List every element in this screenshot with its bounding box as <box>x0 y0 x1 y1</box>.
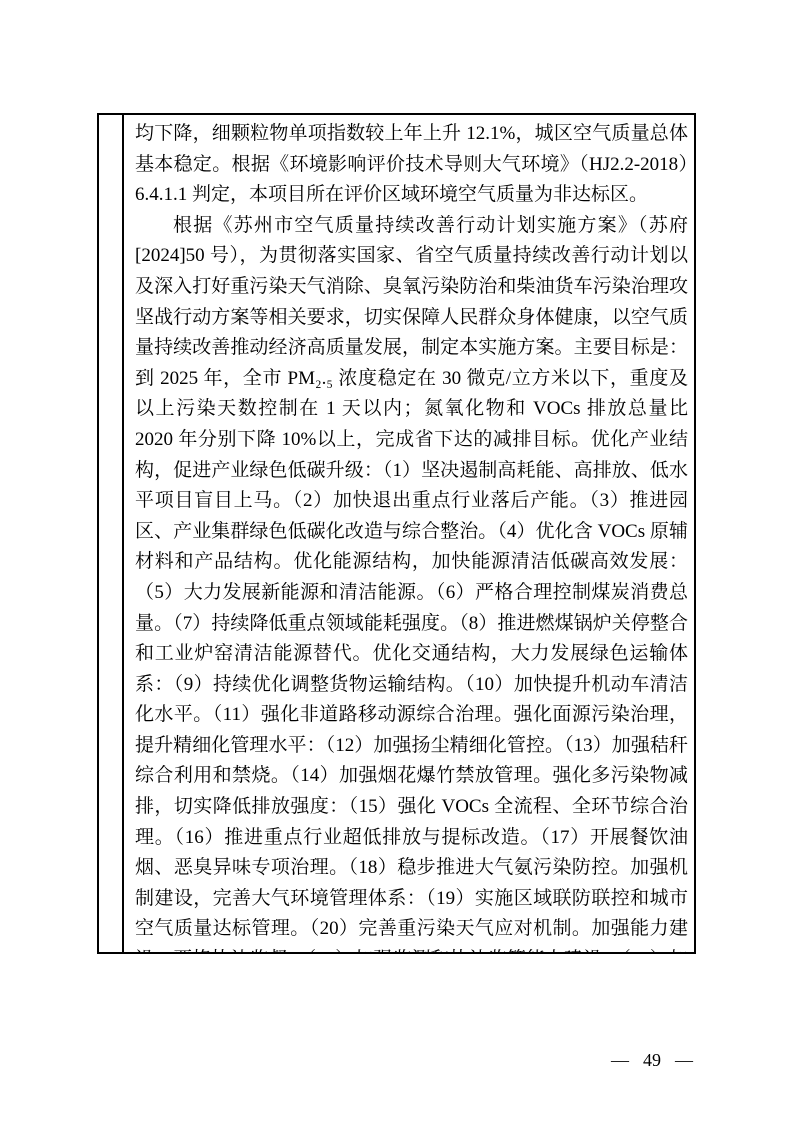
table-stub-cell <box>99 115 124 952</box>
page-number-value: 49 <box>643 1048 661 1072</box>
page-number: — 49 — <box>611 1048 693 1072</box>
document-page: 均下降，细颗粒物单项指数较上年上升 12.1%，城区空气质量总体基本稳定。根据《… <box>0 0 793 1122</box>
paragraph-implementation-plan: 根据《苏州市空气质量持续改善行动计划实施方案》（苏府[2024]50 号），为贯… <box>135 211 688 952</box>
table-body-cell: 均下降，细颗粒物单项指数较上年上升 12.1%，城区空气质量总体基本稳定。根据《… <box>124 115 694 952</box>
paragraph-air-quality-conclusion: 均下降，细颗粒物单项指数较上年上升 12.1%，城区空气质量总体基本稳定。根据《… <box>135 119 688 211</box>
page-number-dash-left: — <box>611 1048 629 1072</box>
content-table: 均下降，细颗粒物单项指数较上年上升 12.1%，城区空气质量总体基本稳定。根据《… <box>97 113 696 954</box>
page-number-dash-right: — <box>675 1048 693 1072</box>
